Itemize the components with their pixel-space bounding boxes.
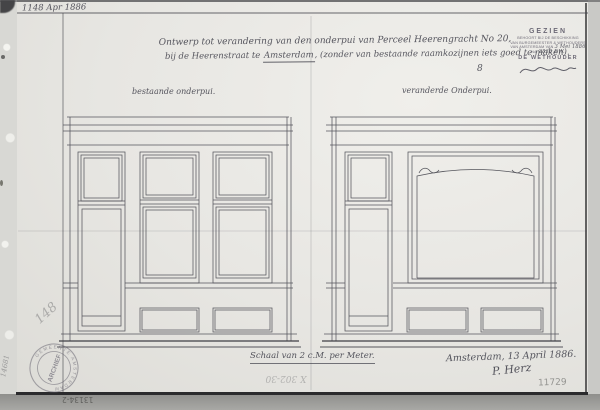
round-stamp-center-text: ARCHIEF <box>47 354 63 384</box>
stamp-wethouder-label: DE WETHOUDER <box>501 55 595 62</box>
title-line2-pre: bij de Heerenstraat te <box>165 51 263 62</box>
existing-facade-label: bestaande onderpui. <box>132 87 215 96</box>
figure-number: 8 <box>477 64 483 74</box>
wethouder-signature <box>518 62 578 78</box>
sheet-bottom-shadow <box>16 392 588 395</box>
archive-pencil-number: 11729 <box>538 378 567 389</box>
photo-top-edge <box>0 0 600 2</box>
inverted-pencil-note: X 302-30 <box>236 373 336 383</box>
stamp-no-label: No. <box>531 49 537 54</box>
approval-stamp: GEZIEN BEHOORT BIJ DE BESCHIKKING VAN BU… <box>501 28 595 83</box>
edge-speck <box>0 180 3 186</box>
altered-facade-label: veranderde Onderpui. <box>402 86 492 95</box>
inverted-archive-number: 13134-2 <box>62 395 93 404</box>
scanned-drawing-photo: 1148 Apr 1886 Ontwerp tot verandering va… <box>0 0 600 410</box>
stamp-line5: No. 2838 P.W. <box>505 50 591 54</box>
scale-note: Schaal van 2 c.M. per Meter. <box>250 351 375 364</box>
edge-speck <box>1 55 5 59</box>
docket-number: 1148 Apr 1886 <box>22 2 86 13</box>
title-city-underlined: Amsterdam <box>263 50 315 63</box>
stamp-number-handwritten: 2838 P.W. <box>539 49 565 55</box>
mount-left-strip <box>0 0 17 394</box>
